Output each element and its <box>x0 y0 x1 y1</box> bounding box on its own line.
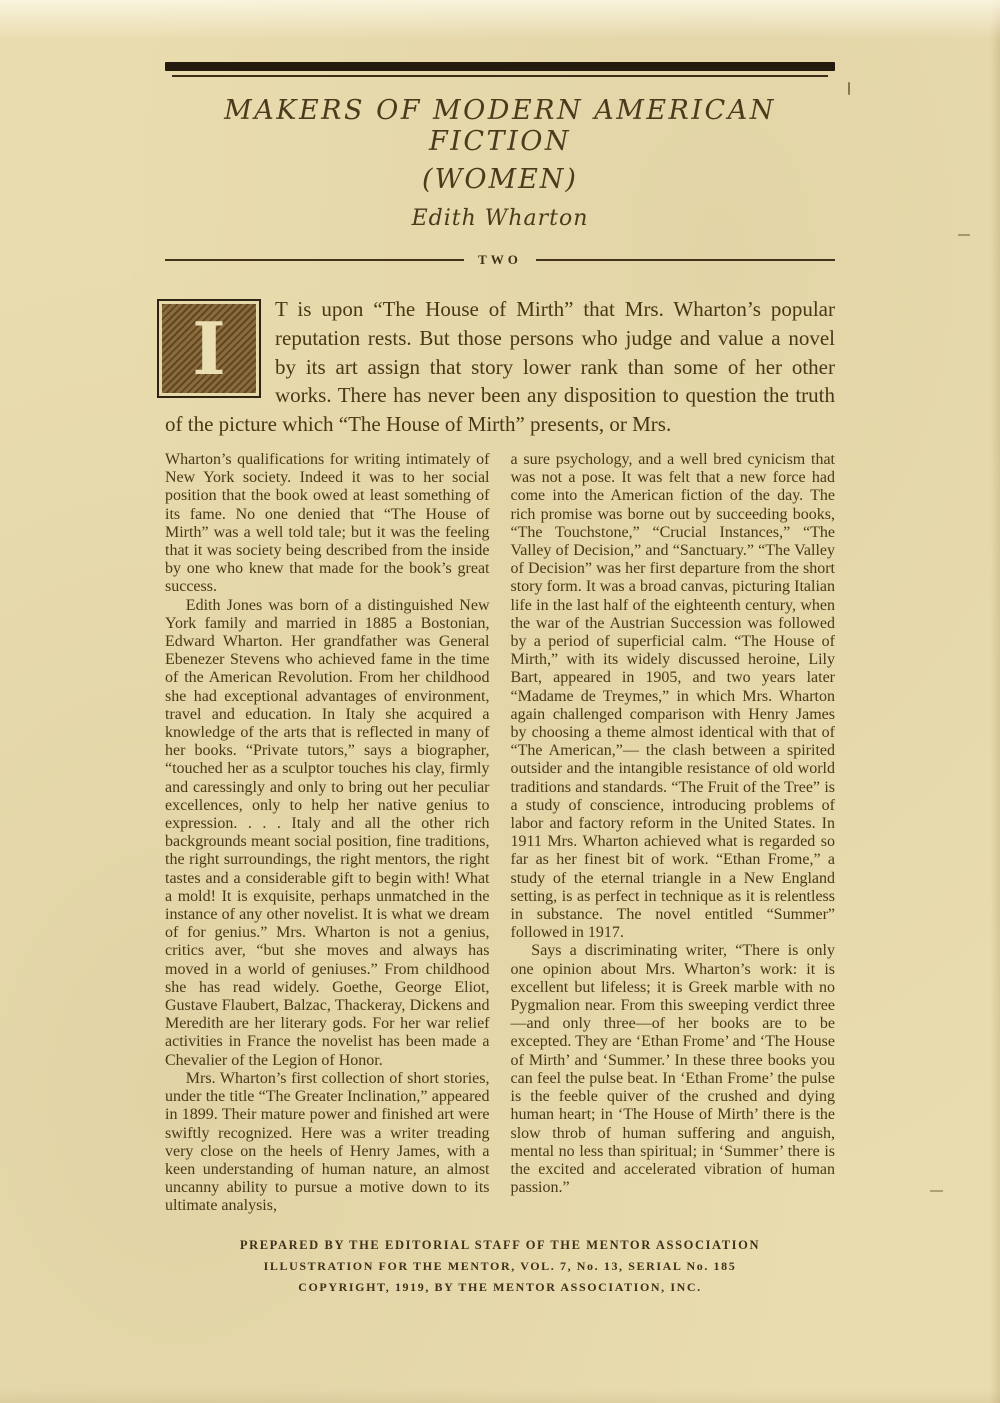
article-author: Edith Wharton <box>165 206 835 231</box>
left-column-paragraph-3: Mrs. Wharton’s first collection of short… <box>165 1070 490 1216</box>
imprint-line-copyright: COPYRIGHT, 1919, BY THE MENTOR ASSOCIATI… <box>165 1277 835 1298</box>
left-column-paragraph-1: Wharton’s qualifications for writing int… <box>165 451 490 597</box>
divider-rule-left <box>165 259 464 261</box>
imprint-line-prepared: PREPARED BY THE EDITORIAL STAFF OF THE M… <box>165 1234 835 1256</box>
dropcap-ornament: I <box>162 304 256 393</box>
scan-speck <box>930 1190 943 1192</box>
top-thin-rule <box>172 75 829 77</box>
right-column-paragraph-2: Says a discriminating writer, “There is … <box>511 942 836 1197</box>
top-thick-rule <box>165 62 835 71</box>
page-content: MAKERS OF MODERN AMERICAN FICTION (WOMEN… <box>165 62 835 1298</box>
scan-speck <box>848 82 850 95</box>
divider-rule-right <box>536 259 835 261</box>
series-title: MAKERS OF MODERN AMERICAN FICTION <box>165 95 835 157</box>
scanned-magazine-page: { "colors": { "paper": "#e9dcae", "ink":… <box>0 0 1000 1403</box>
body-columns: Wharton’s qualifications for writing int… <box>165 451 835 1216</box>
opening-text: T is upon “The House of Mirth” that Mrs.… <box>165 297 835 436</box>
series-subtitle: (WOMEN) <box>165 164 835 195</box>
scan-speck <box>958 234 970 236</box>
part-divider: TWO <box>165 252 835 268</box>
right-column: a sure psychology, and a well bred cynic… <box>511 451 836 1216</box>
left-column: Wharton’s qualifications for writing int… <box>165 451 490 1216</box>
imprint-footer: PREPARED BY THE EDITORIAL STAFF OF THE M… <box>165 1234 835 1298</box>
dropcap-frame: I <box>157 299 261 398</box>
part-label: TWO <box>478 252 522 268</box>
imprint-line-illustration: ILLUSTRATION FOR THE MENTOR, VOL. 7, No.… <box>165 1256 835 1277</box>
left-column-paragraph-2: Edith Jones was born of a distinguished … <box>165 597 490 1070</box>
opening-paragraph: I T is upon “The House of Mirth” that Mr… <box>165 295 835 439</box>
right-column-paragraph-1: a sure psychology, and a well bred cynic… <box>511 451 836 942</box>
dropcap-letter: I <box>192 313 226 385</box>
